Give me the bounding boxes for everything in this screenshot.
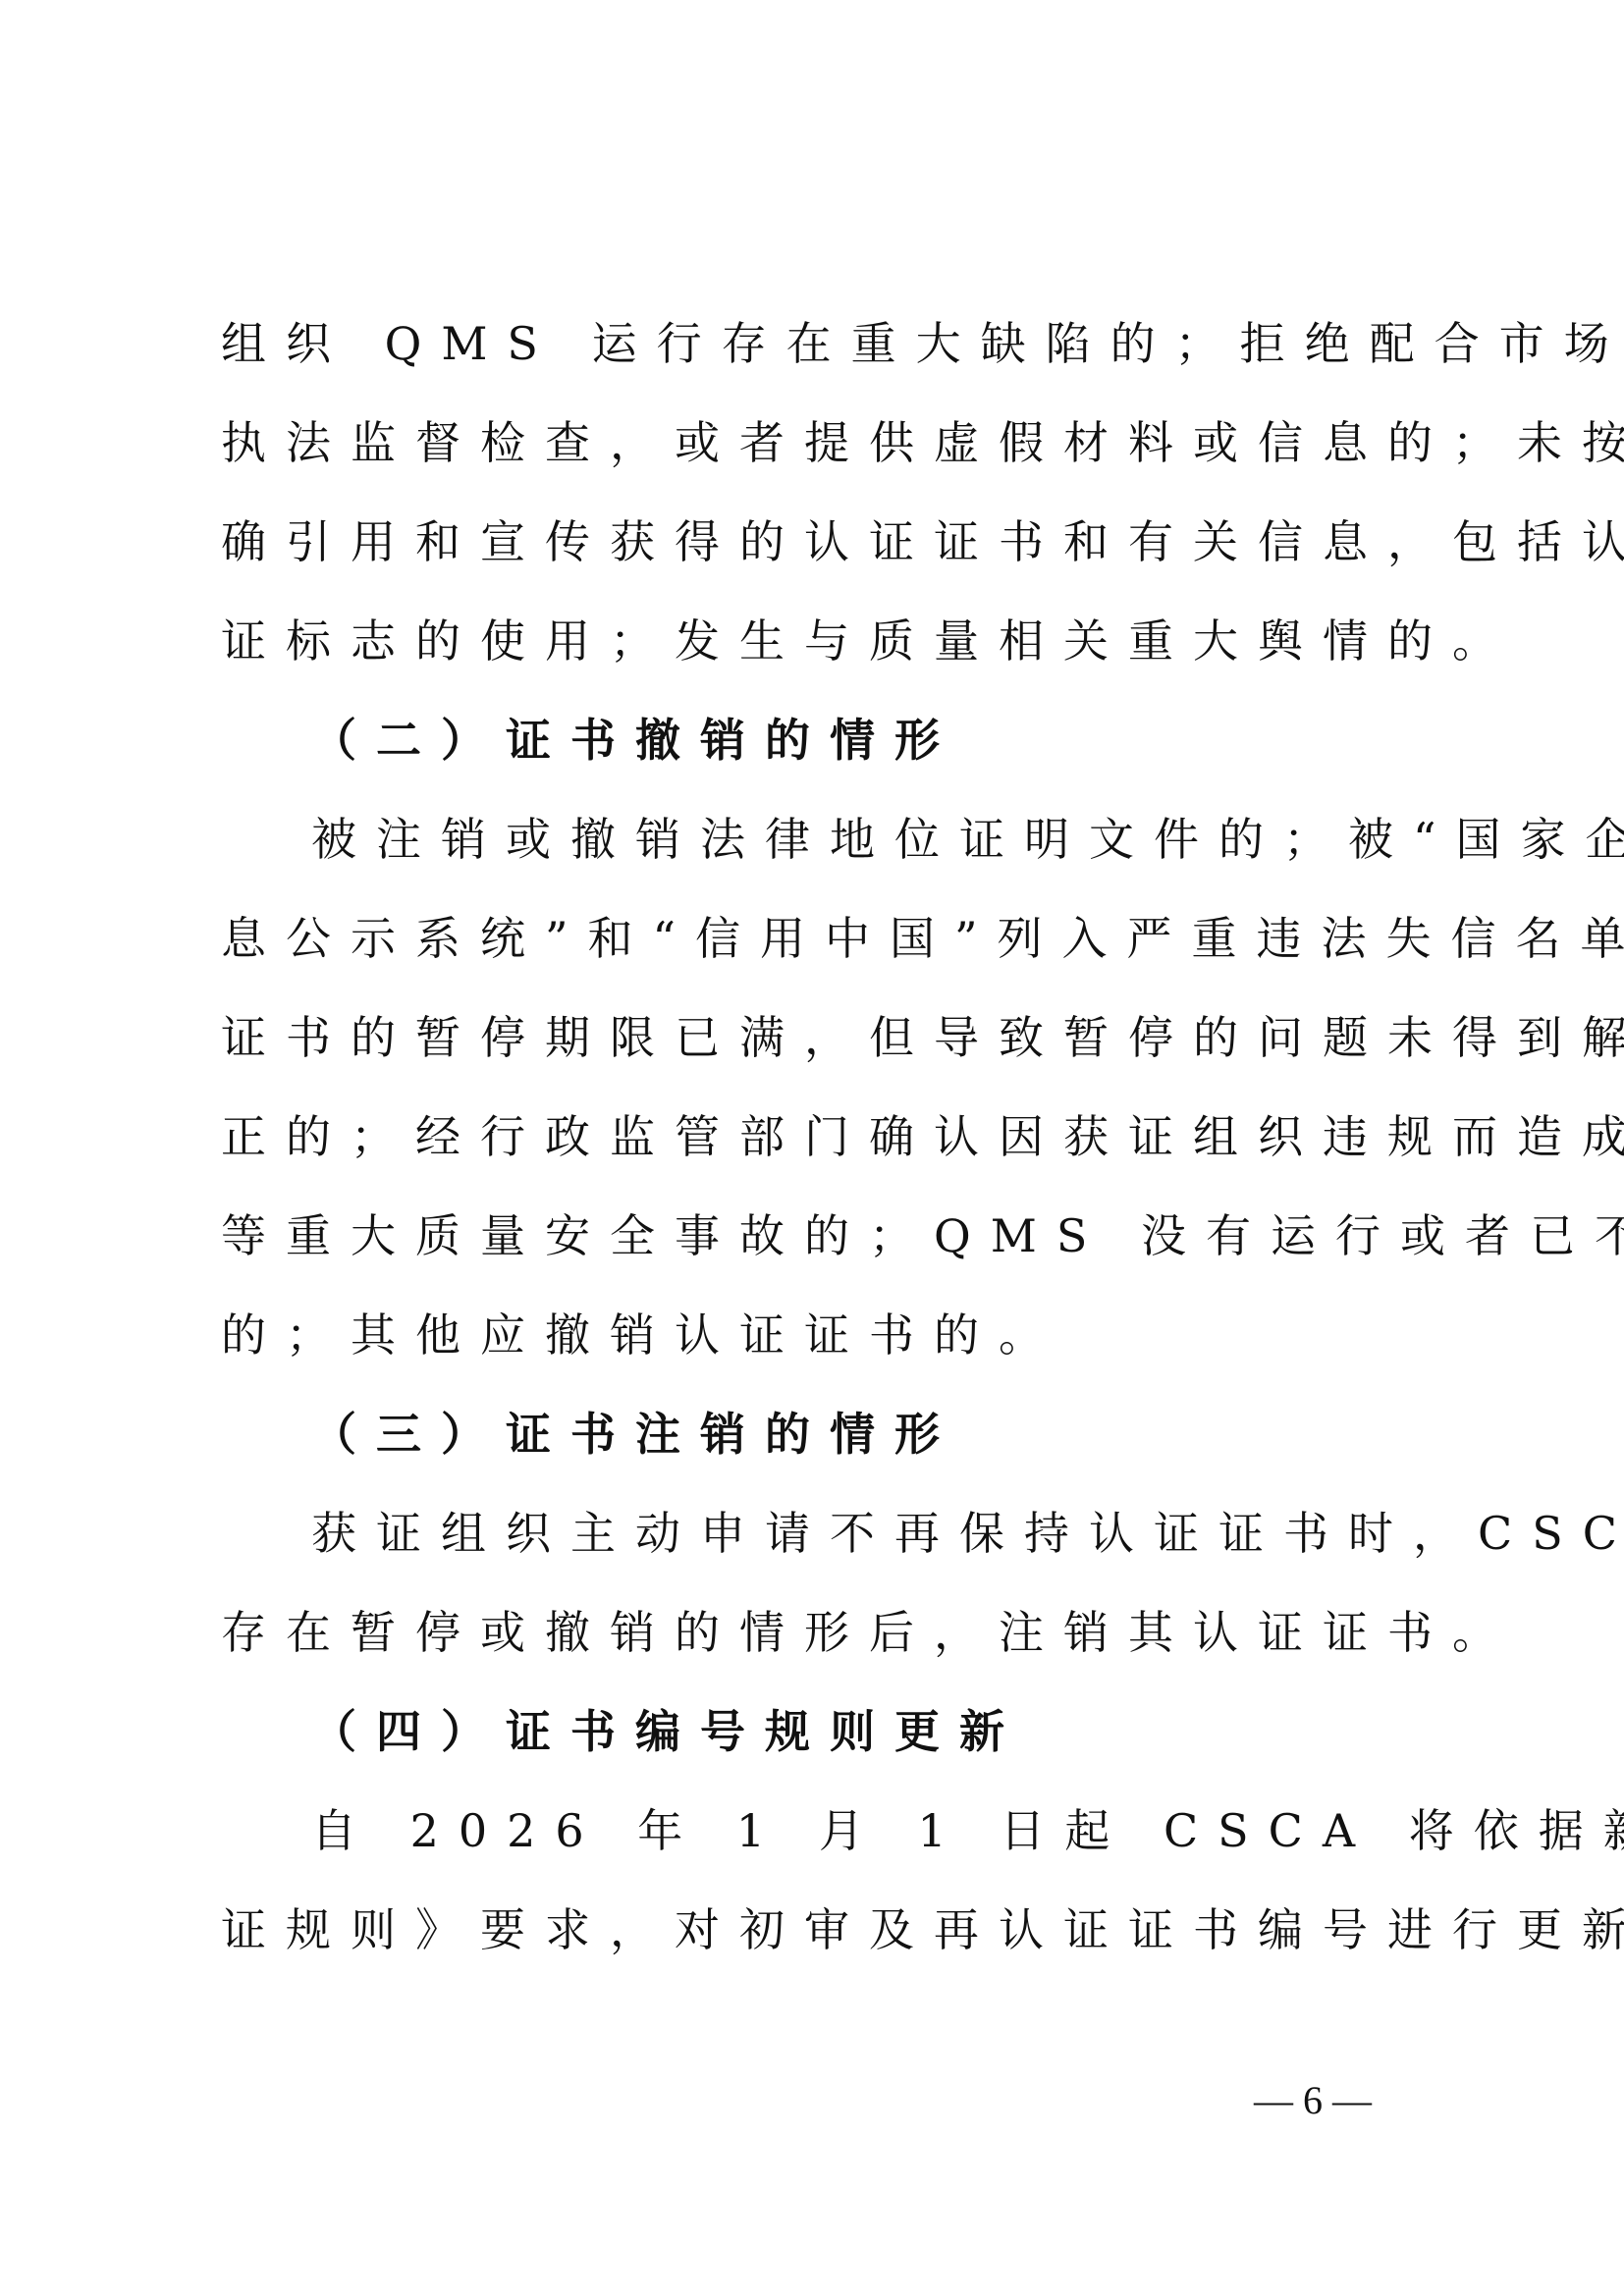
section-heading-4: （四）证书编号规则更新 — [221, 1682, 1414, 1782]
paragraph-line: 组织 QMS 运行存在重大缺陷的；拒绝配合市场监管部门的认证 — [221, 294, 1414, 394]
paragraph-line: 正的；经行政监管部门确认因获证组织违规而造成产品和服务 — [221, 1088, 1414, 1187]
paragraph-line: 自 2026 年 1 月 1 日起 CSCA 将依据新版《质量管理体系认 — [221, 1782, 1414, 1881]
section-heading-3: （三）证书注销的情形 — [221, 1385, 1414, 1484]
paragraph-line: 被注销或撤销法律地位证明文件的；被“国家企业信用信 — [221, 790, 1414, 889]
paragraph-line: 证标志的使用；发生与质量相关重大舆情的。 — [221, 592, 1414, 691]
document-page: 组织 QMS 运行存在重大缺陷的；拒绝配合市场监管部门的认证 执法监督检查，或者… — [0, 0, 1624, 2296]
paragraph-line: 的；其他应撤销认证证书的。 — [221, 1286, 1414, 1385]
paragraph-line: 执法监督检查，或者提供虚假材料或信息的；未按相关规定正 — [221, 394, 1414, 493]
paragraph-line: 息公示系统”和“信用中国”列入严重违法失信名单的；认证 — [221, 889, 1414, 988]
paragraph-line: 获证组织主动申请不再保持认证证书时，CSCA 将确认不 — [221, 1484, 1414, 1583]
section-heading-2: （二）证书撤销的情形 — [221, 691, 1414, 790]
paragraph-line: 证书的暂停期限已满，但导致暂停的问题未得到解决或有效纠 — [221, 988, 1414, 1088]
paragraph-line: 存在暂停或撤销的情形后，注销其认证证书。 — [221, 1583, 1414, 1682]
page-number: — 6 — — [1239, 2071, 1386, 2130]
body-text: 组织 QMS 运行存在重大缺陷的；拒绝配合市场监管部门的认证 执法监督检查，或者… — [221, 294, 1414, 1980]
paragraph-line: 确引用和宣传获得的认证证书和有关信息，包括认证证书和认 — [221, 493, 1414, 592]
paragraph-line: 等重大质量安全事故的；QMS 没有运行或者已不具备运行条件 — [221, 1187, 1414, 1286]
paragraph-line: 证规则》要求，对初审及再认证证书编号进行更新，对已获证 — [221, 1881, 1414, 1980]
